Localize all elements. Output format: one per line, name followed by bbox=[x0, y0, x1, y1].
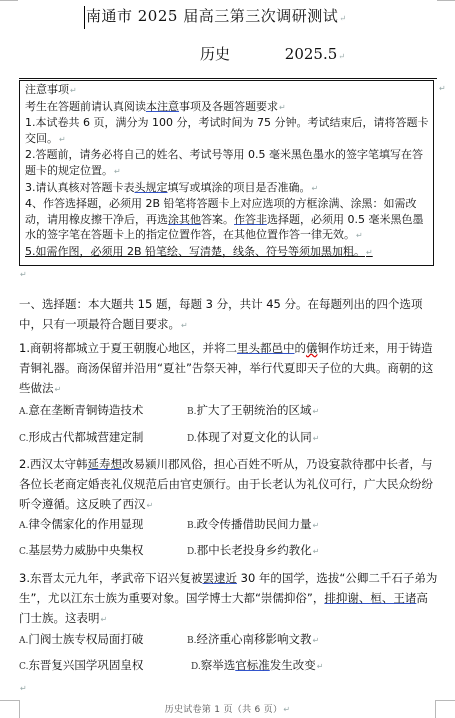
exam-title[interactable]: 南通市 2025 届高三第三次调研测试↵ bbox=[84, 6, 346, 29]
document-page: 南通市 2025 届高三第三次调研测试↵ 历史 2025.5↵ 注意事项↵ 考生… bbox=[0, 0, 455, 718]
paragraph-mark-icon: ↵ bbox=[279, 103, 286, 112]
paragraph-mark-icon: ↵ bbox=[313, 547, 320, 556]
paragraph-mark-icon: ↵ bbox=[147, 501, 154, 510]
notice-item-2: 2.答题前，请务必将自己的姓名、考试号等用 0.5 毫米黑色墨水的签字笔填写在答… bbox=[25, 147, 429, 179]
paragraph-mark-icon: ↵ bbox=[317, 662, 324, 671]
option-b[interactable]: B.经济重心南移影响文教↵ bbox=[187, 630, 319, 650]
page-number-text: 历史试卷第 1 页（共 6 页） bbox=[165, 705, 283, 715]
paragraph-mark-icon: ↵ bbox=[20, 270, 27, 279]
paragraph-mark-icon: ↵ bbox=[312, 521, 319, 530]
paragraph-mark-icon: ↵ bbox=[312, 184, 319, 193]
question-2-options-row-1: A.律令儒家化的作用显现B.政令传播借助民间力量↵ bbox=[19, 515, 319, 535]
paragraph-mark-icon: ↵ bbox=[366, 248, 373, 257]
notice-heading: 注意事项↵ bbox=[25, 82, 429, 99]
option-b[interactable]: B.扩大了王朝统治的区域↵ bbox=[187, 401, 319, 421]
paragraph-mark-icon: ↵ bbox=[59, 135, 66, 144]
paragraph-mark-icon: ↵ bbox=[338, 52, 345, 61]
option-a[interactable]: A.律令儒家化的作用显现 bbox=[19, 515, 187, 535]
question-2-options-row-2: C.基层势力威胁中央集权D.郡中长老投身乡约教化↵ bbox=[19, 541, 319, 561]
exam-title-text: 南通市 2025 届高三第三次调研测试 bbox=[86, 7, 338, 25]
option-d[interactable]: D.郡中长老投身乡约教化↵ bbox=[187, 541, 319, 561]
paragraph-mark-icon: ↵ bbox=[313, 434, 320, 443]
option-d[interactable]: D.体现了对夏文化的认同↵ bbox=[187, 428, 319, 448]
paragraph-mark-icon: ↵ bbox=[283, 705, 290, 714]
notice-item-5: 5.如需作图，必须用 2B 铅笔绘、写清楚，线条、符号等须加黑加粗。↵ bbox=[25, 244, 429, 261]
question-1-options-row-2: C.形成古代都城营建定制D.体现了对夏文化的认同↵ bbox=[19, 428, 319, 448]
page-corner-mark bbox=[437, 0, 455, 1]
page-footer: 历史试卷第 1 页（共 6 页）↵ bbox=[0, 702, 455, 715]
notice-intro: 考生在答题前请认真阅读本注意事项及各题答题要求↵ bbox=[25, 99, 429, 116]
paragraph-mark-icon: ↵ bbox=[312, 636, 319, 645]
paragraph-mark-icon: ↵ bbox=[101, 615, 108, 624]
question-3-stem[interactable]: 3.东晋太元九年，孝武帝下诏兴复被罢逮近 30 年的国学，选拔“公卿二千石子弟为… bbox=[19, 568, 439, 630]
paragraph-mark-icon: ↵ bbox=[339, 14, 346, 23]
option-c[interactable]: C.形成古代都城营建定制 bbox=[19, 428, 187, 448]
notice-item-4: 4、作答选择题，必须用 2B 铅笔将答题卡上对应选项的方框涂满、涂黑：如需改动，… bbox=[25, 196, 429, 244]
notice-item-1: 1.本试卷共 6 页，满分为 100 分，考试时间为 75 分钟。考试结束后，请… bbox=[25, 115, 429, 147]
exam-subtitle[interactable]: 历史 2025.5↵ bbox=[200, 44, 345, 67]
notice-item-3: 3.请认真核对答题卡表头规定填写或填涂的项目是否准确。↵ bbox=[25, 180, 429, 197]
paragraph-mark-icon: ↵ bbox=[55, 385, 62, 394]
exam-date: 2025.5 bbox=[285, 45, 338, 63]
paragraph-mark-icon: ↵ bbox=[312, 407, 319, 416]
section-instructions[interactable]: 一、选择题：本大题共 15 题，每题 3 分，共计 45 分。在每题列出的四个选… bbox=[19, 294, 439, 336]
question-3-options-row-2: C.东晋复兴国学巩固皇权D.察举选官标准发生改变↵ bbox=[19, 656, 323, 676]
option-c[interactable]: C.基层势力威胁中央集权 bbox=[19, 541, 187, 561]
paragraph-mark-icon: ↵ bbox=[356, 231, 363, 240]
paragraph-mark-icon: ↵ bbox=[114, 167, 121, 176]
question-1-stem[interactable]: 1.商朝将都城立于夏王朝腹心地区，并将二里头都邑中的儀铜作坊迁来，用于铸造青铜礼… bbox=[19, 338, 439, 400]
paragraph-mark-icon: ↵ bbox=[70, 86, 77, 95]
option-d[interactable]: D.察举选官标准发生改变↵ bbox=[191, 656, 323, 676]
page-corner-mark bbox=[0, 0, 18, 1]
notice-box[interactable]: 注意事项↵ 考生在答题前请认真阅读本注意事项及各题答题要求↵ 1.本试卷共 6 … bbox=[19, 80, 434, 266]
option-c[interactable]: C.东晋复兴国学巩固皇权 bbox=[19, 656, 191, 676]
option-b[interactable]: B.政令传播借助民间力量↵ bbox=[187, 515, 319, 535]
question-1-options-row-1: A.意在垄断青铜铸造技术B.扩大了王朝统治的区域↵ bbox=[19, 401, 319, 421]
header-divider bbox=[19, 78, 437, 79]
question-2-stem[interactable]: 2.西汉太守韩延寿想改易颍川郡风俗，担心百姓不听从，乃设宴款待郡中长者，与各位长… bbox=[19, 454, 439, 516]
question-3-options-row-1: A.门阀士族专权局面打破B.经济重心南移影响文教↵ bbox=[19, 630, 319, 650]
paragraph-mark-icon: ↵ bbox=[181, 321, 188, 330]
option-a[interactable]: A.意在垄断青铜铸造技术 bbox=[19, 401, 187, 421]
paragraph-mark-icon: ↵ bbox=[439, 84, 446, 93]
subject-label: 历史 bbox=[200, 45, 230, 63]
option-a[interactable]: A.门阀士族专权局面打破 bbox=[19, 630, 187, 650]
paragraph-mark-icon: ↵ bbox=[20, 684, 27, 693]
